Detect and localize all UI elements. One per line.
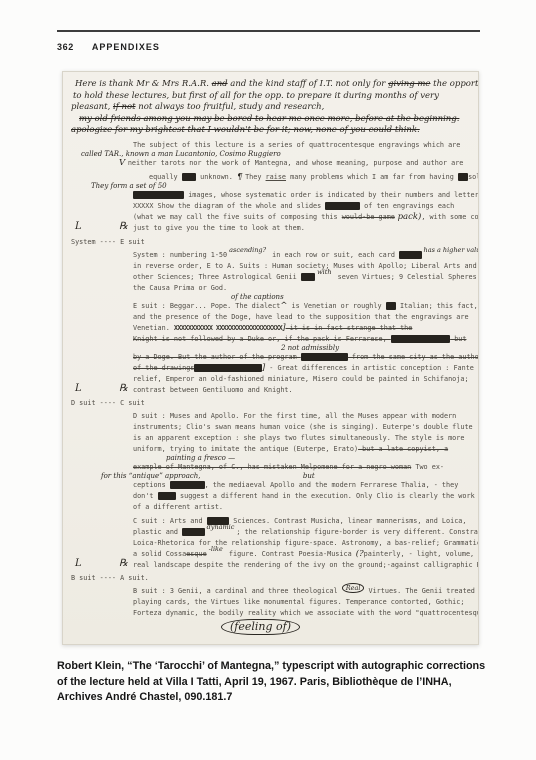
typescript-text: but a late copyist, a [358,445,448,453]
typescript-text: Virtues. The Genii treated like [364,587,479,595]
handwritten-annotation: and the kind staff of I.T. not only for [228,79,388,89]
typescript-line: painting a fresco — [71,455,474,462]
typescript-line: 2 not admissibly [71,345,474,352]
typescript-line: L℞real landscape despite the rendering o… [71,560,474,571]
typescript-line: ceptions excepted, the mediaeval Apollo … [71,480,474,491]
handwritten-annotation: dynamic [207,523,235,531]
handwritten-annotation: (feeling of) [221,619,300,635]
typescript-text: C suit : Arts and [133,517,207,525]
typescript-text: Two ex- [411,463,444,471]
section-title: APPENDIXES [92,42,160,52]
handwritten-annotation: and [212,79,228,89]
blacked-out-text: sequence [325,202,360,210]
blacked-out-text: must not be [301,353,348,361]
typescript-text: many problems which I am far from having [286,173,458,181]
typescript-line: and the presence of the Doge, have lead … [71,312,474,323]
handwritten-annotation: but [201,472,315,480]
typescript-line: System ---- E suit [71,237,474,248]
handwritten-annotation: giving me [388,79,430,89]
typescript-line: System : numbering 1-50ascending? in eac… [71,250,474,261]
typescript-text: of a different artist. [133,503,223,511]
typescript-text: uniform, trying to imitate the antique (… [133,445,358,453]
typescript-line: Forteza dynamic, the bodily reality whic… [71,608,474,619]
typescript-text: of the drawings [133,364,194,372]
typescript-text: and the presence of the Doge, have lead … [133,313,469,321]
typescript-line: called TAR., known a man Lucantonio, Cos… [71,151,474,158]
handwritten-annotation: the opportunity [430,79,479,89]
typescript-text: Sciences. Contrast Musicha, linear manne… [229,517,466,525]
handwritten-annotation: Real [342,583,365,593]
typescript-text: plastic and [133,528,182,536]
blacked-out-text: Set of 50 pr [133,191,184,199]
typescript-line: B suit : 3 Genii, a cardinal and three t… [71,586,474,597]
typescript-text: in reverse order, E to A. Suits : Human … [133,262,477,270]
typescript-line: a solid Cossaesque-like figure. Contrast… [71,549,474,560]
handwritten-annotation: ℞ [119,221,128,232]
typescript-line: C suit : Arts and seven Sciences. Contra… [71,516,474,527]
typescript-line: Set of 50 pr images, whose systematic or… [71,190,474,201]
handwritten-annotation: if not [113,102,136,112]
handwritten-annotation: my old friends among you may be bored to… [79,114,459,124]
typescript-text: suggest a different hand in the executio… [176,492,475,500]
typescript-text: Venetian. [133,324,174,332]
typescript-text: XXXXXXXXXXXXXXXXXXX [216,324,282,332]
typescript-text: They [245,173,265,181]
typescript-line: E suit : Beggar... Pope. The dialect^ is… [71,301,474,312]
typescript-text: a solid Cossa [133,550,186,558]
typescript-text: Italian; this fact, [396,302,478,310]
handwritten-annotation: pack) [395,212,421,222]
typescript-text: The subject of this lecture is a series … [133,141,460,149]
typescript-text: just to give you the time to look at the… [133,224,305,232]
handwritten-annotation: not always too fruitful, study and resea… [136,102,325,112]
typescript-text: seven Virtues; 9 Celestial Spheres with [334,273,479,281]
handwritten-annotation: 2 not admissibly [281,344,339,352]
handwritten-annotation: pleasant, [71,102,113,112]
handwritten-annotation: L [75,383,82,394]
caption-line-2: of the lecture held at Villa I Tatti, Ap… [57,675,487,691]
typescript-text: from the same city as the author [348,353,479,361]
typescript-line: uniform, trying to imitate the antique (… [71,444,474,455]
handwritten-annotation: They form a set of 50 [91,182,167,190]
typescript-line: of the drawings and engravings.] - Great… [71,363,474,374]
typescript-text: Knight is not followed by a Duke or, if … [133,335,391,343]
typescript-line: Knight is not followed by a Duke or, if … [71,334,474,345]
typescript-line: of the captions [71,294,474,301]
blacked-out-text: and engravings. [194,364,261,372]
book-page: 362APPENDIXES Here is thank Mr & Mrs R.A… [0,0,536,760]
typescript-text: equally [149,173,182,181]
typescript-text: unknown. [196,173,237,181]
typescript-line: pleasant, if not not always too fruitful… [71,102,474,114]
blacked-out-text: are [182,173,196,181]
blacked-out-text: NE [386,302,396,310]
typescript-text: B suit : 3 Genii, a cardinal and three t… [133,587,342,595]
handwritten-annotation: (? [356,549,364,559]
typescript-text: esque [186,550,206,558]
typescript-line: (what we may call the five suits of comp… [71,212,474,223]
typescript-line: don't mean suggest a different hand in t… [71,491,474,502]
typescript-text: example of Mantegna, of C., has mistaken… [133,463,411,471]
typescript-line: Here is thank Mr & Mrs R.A.R. and and th… [71,79,474,91]
typescript-line: They form a set of 50 [71,183,474,190]
typescript-text: relief, Emperor an old-fashioned miniatu… [133,375,469,383]
typescript-line: by a Doge. But the author of the program… [71,352,474,363]
typescript-text: D suit ---- C suit [71,399,145,407]
handwritten-annotation: V [119,158,128,168]
typescript-text: System ---- E suit [71,238,145,246]
typescript-text: in each row or suit, each card [268,251,399,259]
header-rule [57,30,480,32]
typescript-text: B suit ---- A suit. [71,574,149,582]
page-number: 362 [57,42,74,52]
handwritten-annotation: L [75,558,82,569]
caption-line-3: Archives André Chastel, 090.181.7 [57,690,487,706]
typescript-line: apologize for my brightest that I wouldn… [71,125,474,137]
blacked-out-text: meets [399,251,421,259]
typescript-text: it is in fact strange that the [286,324,413,332]
typescript-lines: Here is thank Mr & Mrs R.A.R. and and th… [71,79,474,632]
handwritten-annotation: called TAR., known a man Lucantonio, Cos… [81,150,281,158]
caption-line-1: Robert Klein, “The ‘Tarocchi’ of Mantegn… [57,659,487,675]
typescript-text: - Great differences in artistic concepti… [265,364,479,372]
typescript-text: , with some comment [421,213,479,221]
typescript-text: System : numbering 1-50 [133,251,227,259]
typescript-text: solved. [468,173,479,181]
handwritten-annotation: Here is thank Mr & Mrs R.A.R. [75,79,212,89]
typescript-text: instruments; Clio's swan means human voi… [133,423,473,431]
blacked-out-text: mean [158,492,176,500]
handwritten-annotation: for this “antique” approach, [101,472,201,480]
handwritten-annotation: ℞ [119,383,128,394]
typescript-line: V neither tarots nor the work of Mantegn… [71,158,474,169]
handwritten-annotation: with [317,268,331,276]
typescript-text: but [450,335,466,343]
typescript-line: of a different artist. [71,502,474,513]
typescript-text: (what we may call the five suits of comp… [133,213,342,221]
typescript-line: L℞just to give you the time to look at t… [71,223,474,234]
handwritten-annotation: apologize for my brightest that I wouldn… [71,125,420,135]
typescript-text: D suit : Muses and Apollo. For the first… [133,412,456,420]
handwritten-annotation: ℞ [119,558,128,569]
typescript-line: playing cards, the Virtues like monument… [71,597,474,608]
caption: Robert Klein, “The ‘Tarocchi’ of Mantegn… [57,659,487,706]
handwritten-annotation: of the captions [231,293,284,301]
typescript-text: would-be game [342,213,395,221]
typescript-line: plastic and heavydynamic; the relationsh… [71,527,474,538]
typescript-text: images, whose systematic order is indica… [184,191,479,199]
typescript-text: of ten engravings each [360,202,454,210]
typescript-line: to hold these lectures, but first of all… [71,91,474,103]
typescript-line: L℞contrast between Gentiluomo and Knight… [71,385,474,396]
page-header: 362APPENDIXES [57,30,480,55]
typescript-text: Loica-Rhetorica for the relationship fig… [133,539,479,547]
typescript-line: XXXXX Show the diagram of the whole and … [71,201,474,212]
typescript-line: other Sciences; Three Astrological Genii… [71,272,474,283]
typescript-text: neither tarots nor the work of Mantegna,… [128,159,464,167]
typescript-text: other Sciences; Three Astrological Genii [133,273,301,281]
typescript-text: playing cards, the Virtues like monument… [133,598,464,606]
typescript-line: D suit : Muses and Apollo. For the first… [71,411,474,422]
typescript-text: painterly, - light, volume, [364,550,475,558]
typescript-text: is an apparent exception : she plays two… [133,434,464,442]
handwritten-annotation: ascending? [229,246,266,254]
handwritten-annotation: -like [209,545,223,553]
typescript-text: Forteza dynamic, the bodily reality whic… [133,609,479,617]
typescript-line: Venetian. XXXXXXXXXXX XXXXXXXXXXXXXXXXXX… [71,323,474,334]
blacked-out-text: and [301,273,315,281]
blacked-out-text: by a Marchese, [391,335,450,343]
typescript-line: Loica-Rhetorica for the relationship fig… [71,538,474,549]
handwritten-annotation: has a higher value than [424,246,479,254]
typescript-text: XXXXXXXXXXX [174,324,216,332]
blacked-out-text: re [458,173,468,181]
typescript-text: figure. Contrast Poesia-Musica [225,550,356,558]
handwritten-annotation: to hold these lectures, but first of all… [73,91,439,101]
typescript-text: don't [133,492,158,500]
typescript-text: contrast between Gentiluomo and Knight. [133,386,293,394]
handwritten-annotation: L [75,221,82,232]
typescript-text: ; the relationship figure-border is very… [236,528,479,536]
typescript-line: instruments; Clio's swan means human voi… [71,422,474,433]
typescript-text: XXXXX Show the diagram of the whole and … [133,202,325,210]
typescript-text: the Causa Prima or God. [133,284,227,292]
typescript-scan: Here is thank Mr & Mrs R.A.R. and and th… [62,71,479,645]
typescript-text: E suit : Beggar... Pope. The dialect [133,302,280,310]
typescript-line: in reverse order, E to A. Suits : Human … [71,261,474,272]
blacked-out-text: excepted [170,481,205,489]
typescript-line: B suit ---- A suit. [71,573,474,584]
typescript-line: for this “antique” approach, but [71,473,474,480]
typescript-line: relief, Emperor an old-fashioned miniatu… [71,374,474,385]
typescript-text: real landscape despite the rendering of … [133,561,479,569]
typescript-text: raise [266,173,286,181]
typescript-text: ceptions [133,481,170,489]
typescript-text: by a Doge. But the author of the program [133,353,301,361]
typescript-line: is an apparent exception : she plays two… [71,433,474,444]
typescript-text: , the mediaeval Apollo and the modern Fe… [205,481,459,489]
typescript-text: is Venetian or roughly [287,302,385,310]
typescript-line: my old friends among you may be bored to… [71,114,474,126]
handwritten-annotation: ¶ [237,172,245,182]
handwritten-annotation: painting a fresco — [166,454,235,462]
typescript-line: D suit ---- C suit [71,398,474,409]
typescript-line: (feeling of) [71,621,474,633]
blacked-out-text: heavy [182,528,204,536]
